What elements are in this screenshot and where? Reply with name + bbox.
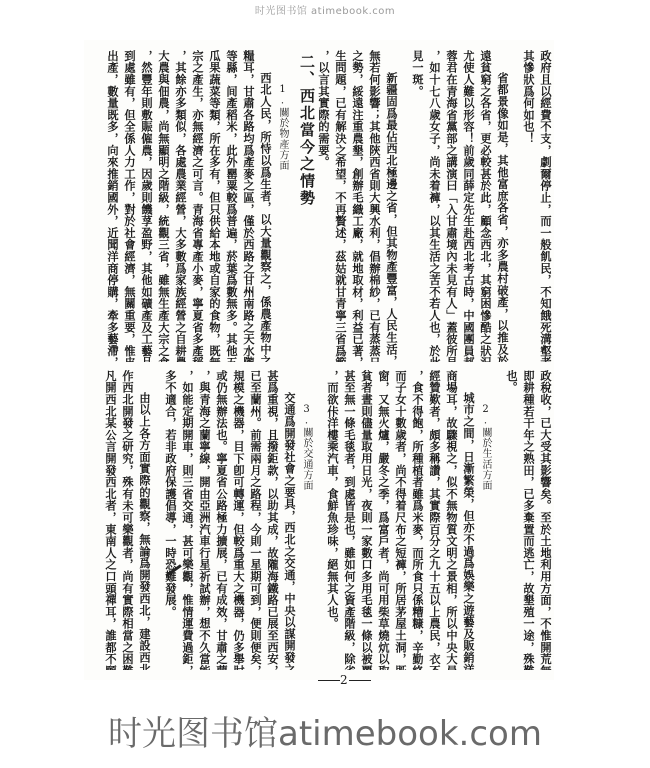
text-column: ，如能定期開車，則三省交通，甚可樂觀，惟情運費過鉅，供求 [179, 370, 196, 670]
text-column: 即耕種若干年之熟田，已多棄置而逃亡，故墾殖一途，殊難進展 [520, 370, 537, 670]
text-column: 已至蘭州。前需兩月之路程，今則一星期可到，便則便矣，如小 [247, 370, 264, 670]
text-column: ，而欲佧洋樓乘汽車，食鮮魚珍味，絕無其人也。 [324, 370, 341, 670]
text-column: 遠貧窮之各省，更必較甚於此，顧念西北，其窮困慘酷之狀況， [477, 50, 494, 362]
column-gap [153, 370, 162, 670]
text-column: 或仍無辦法也。寧夏省公路極力擴展，已有成效，甘肅之蘭肅線 [213, 370, 230, 670]
page-number: 2 [318, 673, 371, 687]
text-column: 由以上各方面實際的觀察，無論爲開發西北，建設西北，或 [136, 370, 153, 670]
column-gap [494, 370, 503, 670]
watermark-top: 时光图书馆 atimebook.com [0, 2, 650, 17]
text-column: 到處雖有，但全係人力工作，對於社會經濟，無關重要，惟皮毛 [121, 50, 138, 362]
text-column: 政府且以經費不支，劇爾停止，而一般飢民，不知餓死溝壑者， [537, 50, 554, 362]
lower-text-block: 政稅收，已大受其影響矣。至於土地利用方面，不惟開荒無人，即耕種若干年之熟田，已多… [102, 370, 554, 670]
text-column: 蓉君在青海省黨部之講演曰「入甘肅境內未見有人」蓋彼所見者 [443, 50, 460, 362]
text-column: ，如十七八歲女子，尚未着褲，以其生活之苦不若人也，於此可 [426, 50, 443, 362]
text-column: 凡開西北某公言開發西北者，東南人之口頭禪耳，誰都不願意去 [102, 370, 119, 670]
text-column: 西北人民，所恃以爲生者，以大量觀察之，係農產物中之食 [257, 50, 274, 362]
text-column: 糧耳，甘肅各路均爲產麥之區，僅於西路之甘州南路之天水隴西 [240, 50, 257, 362]
text-column: 宗之產生，亦無經濟之可言。青海省專產小麥，寧夏省多產稻米 [189, 50, 206, 362]
text-column: 生問題，已有解決之希望，不再贅述，茲姑就甘青寧三省爲範圍 [332, 50, 349, 362]
subsection-heading: 2.關於生活方面 [477, 370, 494, 670]
upper-text-block: 政府且以經費不支，劇爾停止，而一般飢民，不知餓死溝壑者，其慘狀爲何如也！省都景像… [104, 50, 554, 362]
text-column: 瓜果蔬菜等類，所在多有，但只供給本地或自家的食物，既無大 [206, 50, 223, 362]
text-column: ，食不得飽，所種植者雖爲米麥，而所食只係糟糠，辛勤終歲， [409, 370, 426, 670]
text-column: 交通爲開發社會之要具，西北之交通，中央以謀開發之故， [281, 370, 298, 670]
subsection-heading: 1.關於物產方面 [274, 50, 291, 362]
text-column: ，然豐年則敷賑僱農，因歲則饑莩盈野，其他如礦產及工藝品， [138, 50, 155, 362]
scanned-page: 政府且以經費不支，劇爾停止，而一般飢民，不知餓死溝壑者，其慘狀爲何如也！省都景像… [84, 40, 554, 680]
text-column: 窗，又無火爐，嚴冬之季，爲富戶者，尚可用柴草燒炕以取煖， [375, 370, 392, 670]
text-column: 之勢，綏遠注重農墾，創辦毛織工廠，就地取材，利益已著，民 [349, 50, 366, 362]
text-column: ，以言其實際的需要。 [315, 50, 332, 362]
text-column: 甚至無一條毛毯者，到處皆是也，雖如何之資產階級，除省會外 [341, 370, 358, 670]
section-heading: 二、西北當今之情勢 [291, 50, 315, 362]
text-column: 見一斑。 [409, 50, 426, 362]
text-column: 大農與佃農，尚無顯明之階級，統觀三省，雖無生產大宗之食糧 [155, 50, 172, 362]
text-column: 也。 [503, 370, 520, 670]
watermark-bottom: 时光图书馆atimebook.com [0, 706, 650, 755]
text-column: 規模之機器，目下卽可轉運，但較爲重大之機器，仍多舉肘，甚 [230, 370, 247, 670]
text-column: 經贊歎者，頗多稱讚，其實際百分之九十五以上農民，衣不得綏 [426, 370, 443, 670]
text-column: 尤使人難以形容！前歲同薛定先生赴西北考古時，中國團員郝金 [460, 50, 477, 362]
text-column: 省都景像如是，其他富庶各省，亦多農村破產，以推及於邊 [494, 50, 511, 362]
text-column: 其慘狀爲何如也！ [520, 50, 537, 362]
text-column: 商場耳，故驟視之，似不無物質文明之景相，所以中央大員，曾 [443, 370, 460, 670]
text-column: 政稅收，已大受其影響矣。至於土地利用方面，不惟開荒無人， [537, 370, 554, 670]
column-gap [511, 50, 520, 362]
text-column: ，其餘亦多類似，各處農業經營，大多數爲家族經營之自耕農， [172, 50, 189, 362]
text-column: 城市之間，日漸繁榮，但亦不過爲娛樂之遊藝及販銷洋貨之 [460, 370, 477, 670]
subsection-heading: 3.關於交通方面 [298, 370, 315, 670]
page-number-dash-left [318, 680, 340, 681]
text-column: 新疆固爲最佔西北極邊之省，但其物產豐富，人民生活，尚 [383, 50, 400, 362]
text-column: 甚爲重視，且撥鉅款，以助其成，故隴海鐵路已展至西安，公路 [264, 370, 281, 670]
text-column: ，與青海之蘭寧線，開由亞洲汽車行星祈試辦，想不久當能實現 [196, 370, 213, 670]
text-column: 作西北開發之研究，殊有未可樂觀者，尚有實際相當之困難也， [119, 370, 136, 670]
text-column: 貧者晝則儘量取用日光，夜則一家數口多用毛毯一條以被覆之， [358, 370, 375, 670]
column-gap [400, 50, 409, 362]
text-column: 而子女十數歲者，尚不得着尺布之短褲，所居茅屋土洞，既少門 [392, 370, 409, 670]
page-number-value: 2 [340, 673, 349, 687]
text-column: 出產，數量既多，向來推銷國外，近聞洋商停購，牽多藝滯，財 [104, 50, 121, 362]
text-column: 多不適合，若非政府保護倡導，一時恐難發展。 [162, 370, 179, 670]
text-column: 無若何影響；其他陝西省則大興水利，倡辦棉紗，已有蒸蒸日上 [366, 50, 383, 362]
column-gap [315, 370, 324, 670]
text-column: 等縣，间產稻米，此外罌粟較爲普遍，菸葉爲數無多。其他五穀 [223, 50, 240, 362]
page-number-dash-right [349, 680, 371, 681]
